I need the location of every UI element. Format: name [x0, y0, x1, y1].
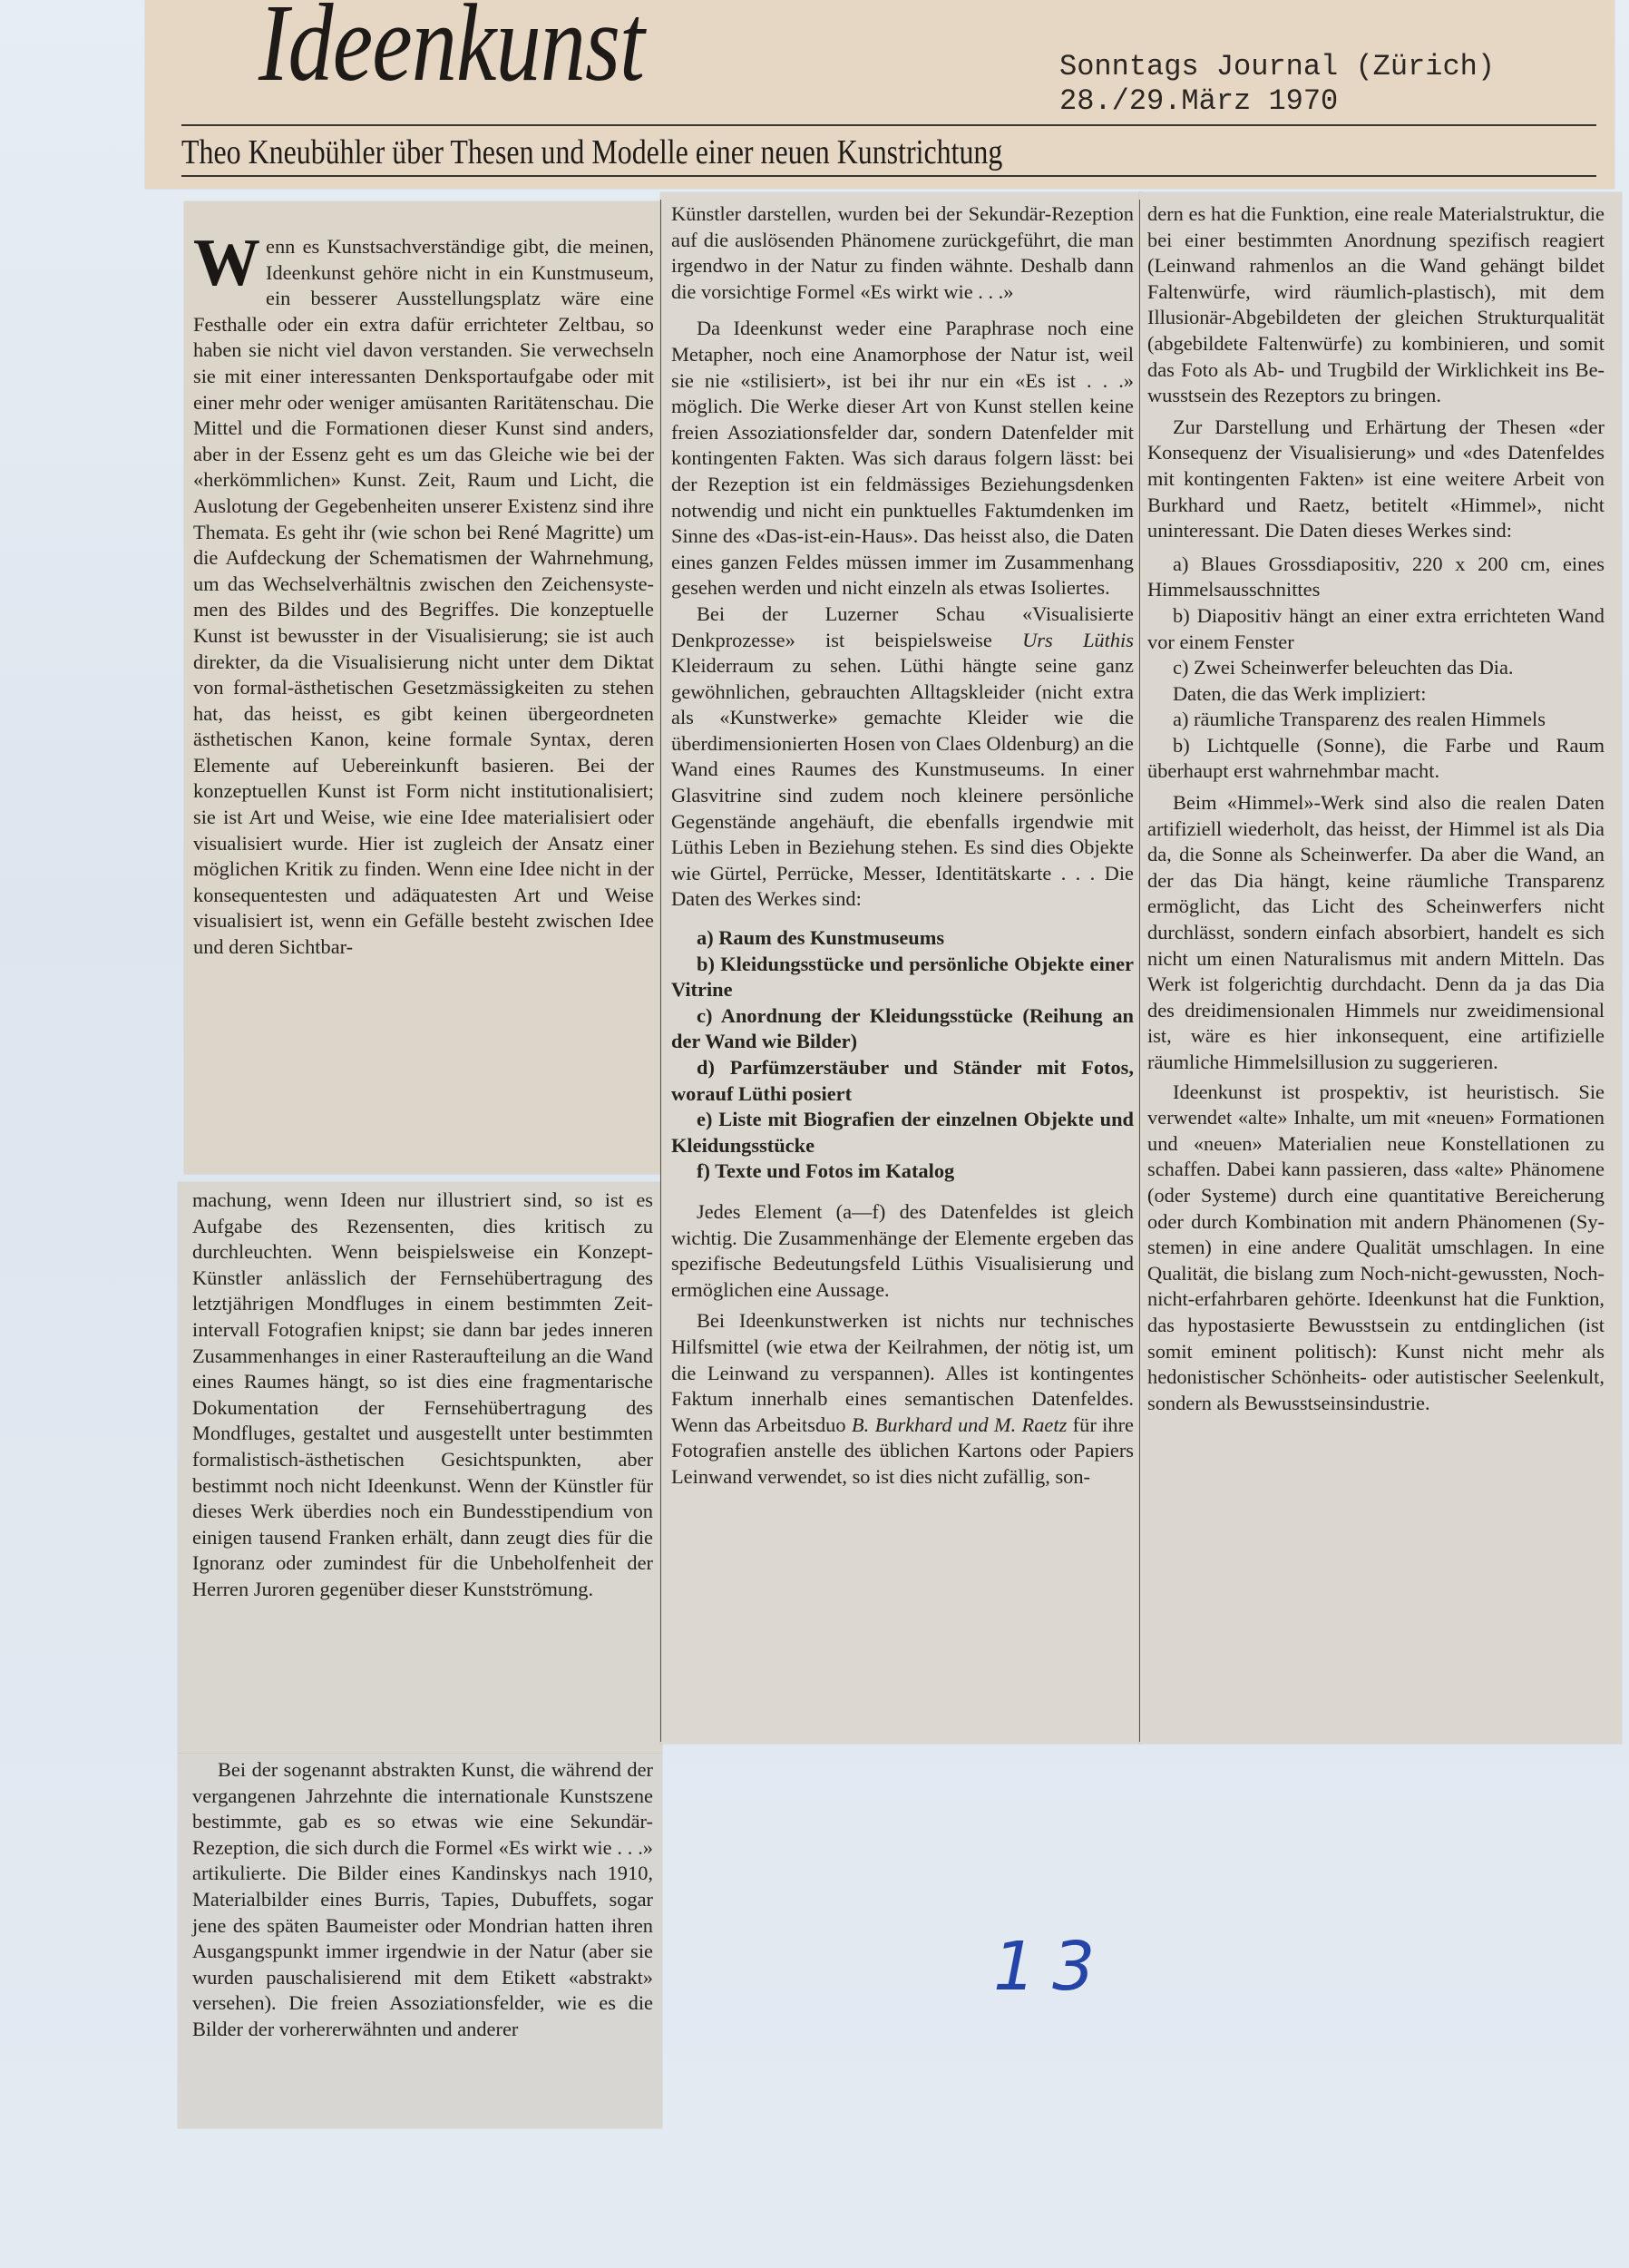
- paragraph: Bei Ideenkunstwerken ist nichts nur tech…: [671, 1308, 1134, 1490]
- source-date: 28./29.März 1970: [1059, 84, 1338, 118]
- column3-text: dern es hat die Funktion, eine reale Mat…: [1147, 201, 1605, 1416]
- paragraph-text: enn es Kunstsachverständige gibt, die me…: [193, 235, 654, 958]
- work-data-list: a) Raum des Kunstmuseums b) Kleidungsstü…: [671, 925, 1134, 1185]
- list-item: a) räumliche Transparenz des realen Himm…: [1147, 707, 1605, 733]
- column2-text: Künstler darstellen, wurden bei der Seku…: [671, 201, 1134, 1491]
- paragraph: Da Ideenkunst weder eine Paraphrase noch…: [671, 316, 1134, 601]
- article-subtitle: Theo Kneubühler über Thesen und Modelle …: [181, 132, 1002, 172]
- paragraph: Bei der sogenannt abstrakten Kunst, die …: [192, 1757, 653, 2043]
- paragraph: Beim «Himmel»-Werk sind also die re­alen…: [1147, 790, 1605, 1076]
- list-item: b) Lichtquelle (Sonne), die Farbe und Ra…: [1147, 733, 1605, 785]
- paragraph: Bei der Luzerner Schau «Visualisierte De…: [671, 601, 1134, 913]
- source-stamp: Sonntags Journal (Zürich) 28./29.März 19…: [1059, 50, 1495, 119]
- implied-data-heading: Daten, die das Werk impliziert:: [1147, 681, 1605, 708]
- paragraph: dern es hat die Funktion, eine reale Mat…: [1147, 201, 1605, 409]
- column-divider-2: [1139, 200, 1140, 1742]
- list-item: c) Anordnung der Kleidungsstücke (Rei­hu…: [671, 1003, 1134, 1055]
- paragraph: Wenn es Kunstsachverständige gibt, die m…: [193, 234, 654, 961]
- list-item: b) Kleidungsstücke und persönliche Ob­je…: [671, 952, 1134, 1003]
- implied-data-list: a) räumliche Transparenz des realen Himm…: [1147, 707, 1605, 785]
- artist-names: B. Burkhard und M. Raetz: [852, 1413, 1067, 1436]
- handwritten-page-number: 13: [993, 1928, 1111, 2006]
- list-item: a) Raum des Kunstmuseums: [671, 925, 1134, 952]
- paragraph: Zur Darstellung und Erhärtung der Thesen…: [1147, 415, 1605, 544]
- article-title: Ideenkunst: [258, 0, 644, 107]
- paragraph: Jedes Element (a—f) des Datenfeldes ist …: [671, 1199, 1134, 1303]
- drop-cap: W: [193, 236, 260, 290]
- list-item: d) Parfümzerstäuber und Ständer mit Foto…: [671, 1055, 1134, 1107]
- column1-text-middle: machung, wenn Ideen nur illustriert sind…: [192, 1188, 653, 1603]
- paragraph: Künstler darstellen, wurden bei der Seku…: [671, 201, 1134, 305]
- column1-text-top: Wenn es Kunstsachverständige gibt, die m…: [193, 234, 654, 961]
- list-item: e) Liste mit Biografien der einzelnen Ob…: [671, 1107, 1134, 1158]
- paragraph: Ideenkunst ist prospektiv, ist heuri­sti…: [1147, 1080, 1605, 1417]
- column1-text-bottom: Bei der sogenannt abstrakten Kunst, die …: [192, 1757, 653, 2043]
- paragraph-text: Kleiderraum zu sehen. Lüthi hängte seine…: [671, 654, 1134, 910]
- work-data-list: a) Blaues Grossdiapositiv, 220 x 200 cm,…: [1147, 552, 1605, 681]
- header-rule-bottom: [181, 175, 1596, 177]
- column-divider-1: [660, 200, 661, 1742]
- artist-name: Urs Lüthis: [1022, 629, 1134, 651]
- paragraph: machung, wenn Ideen nur illustriert sind…: [192, 1188, 653, 1603]
- list-item: f) Texte und Fotos im Katalog: [671, 1158, 1134, 1185]
- source-publication: Sonntags Journal (Zürich): [1059, 50, 1495, 83]
- list-item: a) Blaues Grossdiapositiv, 220 x 200 cm,…: [1147, 552, 1605, 603]
- header-rule-top: [181, 124, 1596, 126]
- list-item: b) Diapositiv hängt an einer extra er­ri…: [1147, 603, 1605, 655]
- list-item: c) Zwei Scheinwerfer beleuchten das Dia.: [1147, 655, 1605, 681]
